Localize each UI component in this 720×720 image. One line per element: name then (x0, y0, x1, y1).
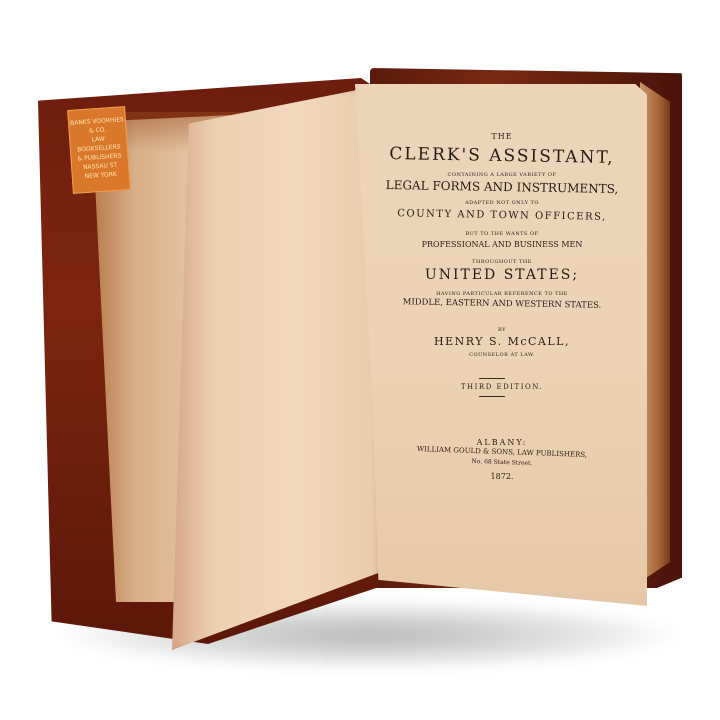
subtitle-line: CONTAINING A LARGE VARIETY OF (372, 172, 632, 178)
divider (479, 396, 505, 397)
subtitle-line: BUT TO THE WANTS OF (372, 231, 632, 237)
year: 1872. (372, 472, 632, 481)
by-line: BY (372, 327, 632, 333)
title-the: THE (372, 132, 632, 141)
subtitle-line: HAVING PARTICULAR REFERENCE TO THE (372, 291, 632, 297)
flyleaf-page (172, 90, 382, 650)
divider (479, 378, 505, 379)
edition: THIRD EDITION. (372, 383, 632, 391)
subtitle-line: ADAPTED NOT ONLY TO (372, 200, 632, 206)
author-name: HENRY S. McCALL, (372, 335, 632, 348)
author-title: COUNSELOR AT LAW. (372, 352, 632, 358)
subtitle-line: THROUGHOUT THE (372, 259, 632, 265)
subtitle-line: PROFESSIONAL AND BUSINESS MEN (372, 240, 632, 249)
bookseller-label: BANKS VOORHIES & CO. LAW BOOKSELLERS & P… (67, 106, 131, 194)
book-photo: BANKS VOORHIES & CO. LAW BOOKSELLERS & P… (0, 0, 720, 720)
subtitle-line: UNITED STATES; (372, 267, 632, 283)
